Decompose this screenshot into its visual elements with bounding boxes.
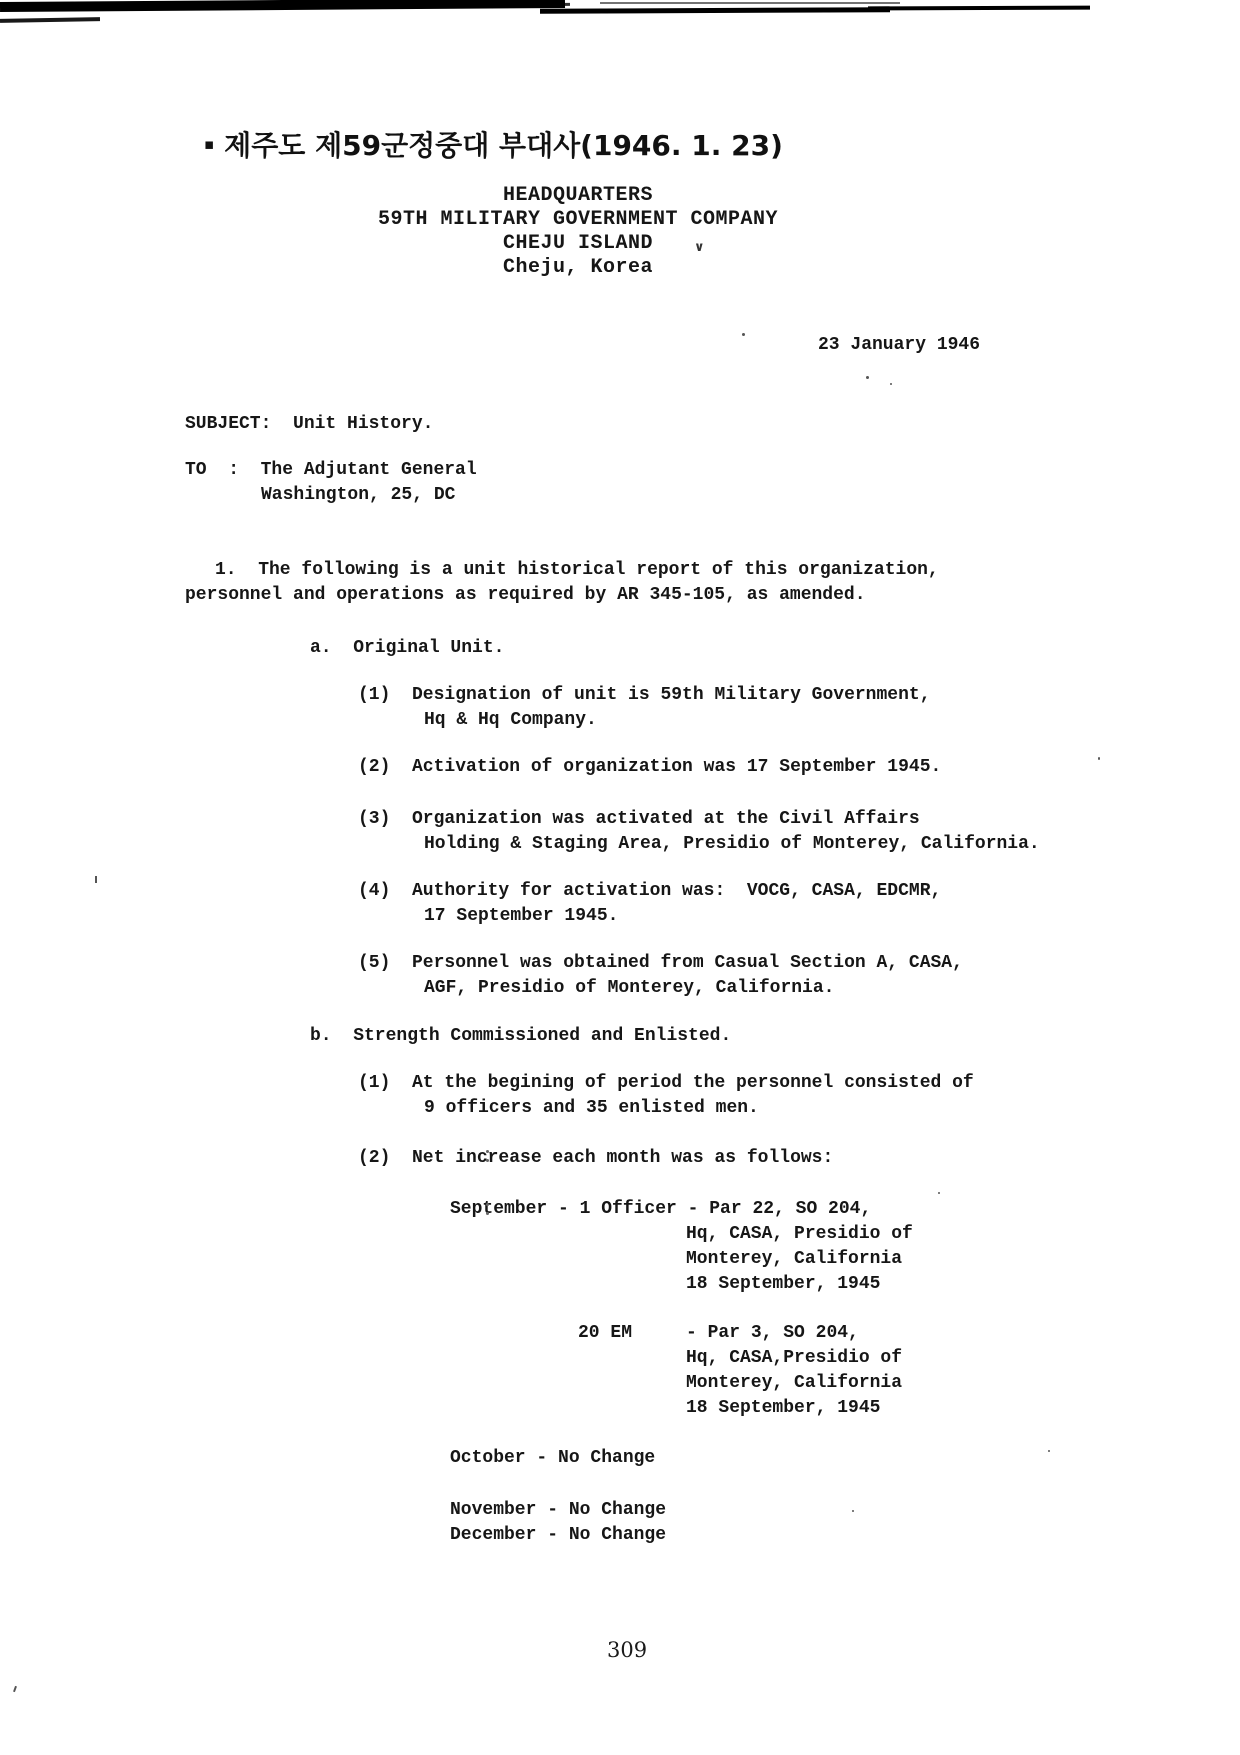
letterhead-island: CHEJU ISLAND [503,231,653,256]
scan-artifact-check-mark: ∨ [694,240,705,255]
scan-speck [938,1192,940,1194]
paragraph-1-line: personnel and operations as required by … [185,583,866,608]
scan-speck [852,1510,854,1512]
section-b-heading: b. Strength Commissioned and Enlisted. [310,1024,731,1049]
september-reference-line: 18 September, 1945 [686,1272,880,1297]
scan-speck [1098,757,1100,760]
scan-artifact-top-bar [600,2,900,4]
enlisted-men-reference-line: Monterey, California [686,1371,902,1396]
scan-speck [890,383,892,385]
scan-speck [95,876,97,883]
scan-artifact-top-bar [0,17,100,23]
november-entry-line: November - No Change [450,1498,666,1523]
subject-line: SUBJECT: Unit History. [185,412,433,437]
letterhead-city: Cheju, Korea [503,255,653,280]
scan-artifact-top-bar [868,6,1090,11]
scan-speck [742,333,745,336]
to-line: TO : The Adjutant General [185,458,477,483]
date-line: 23 January 1946 [818,333,980,358]
korean-title: 제주도 제59군정중대 부대사(1946. 1. 23) [224,129,783,162]
item-a5-line: AGF, Presidio of Monterey, California. [424,976,834,1001]
item-a4-line: (4) Authority for activation was: VOCG, … [358,879,941,904]
letterhead-unit-name: 59TH MILITARY GOVERNMENT COMPANY [378,207,778,232]
october-entry-line: October - No Change [450,1446,655,1471]
section-a-heading: a. Original Unit. [310,636,504,661]
letterhead-headquarters: HEADQUARTERS [503,183,653,208]
september-entry-line: September - 1 Officer - Par 22, SO 204, [450,1197,871,1222]
korean-title-line: ▪제주도 제59군정중대 부대사(1946. 1. 23) [204,124,783,164]
enlisted-men-entry-line: 20 EM - Par 3, SO 204, [578,1321,859,1346]
enlisted-men-reference-line: Hq, CASA,Presidio of [686,1346,902,1371]
scan-speck [1048,1450,1050,1452]
scanned-document-page: ▪제주도 제59군정중대 부대사(1946. 1. 23) HEADQUARTE… [0,0,1240,1755]
item-b1-line: (1) At the begining of period the person… [358,1071,974,1096]
page-number: 309 [607,1638,647,1662]
paragraph-1-line: 1. The following is a unit historical re… [215,558,939,583]
item-a5-line: (5) Personnel was obtained from Casual S… [358,951,963,976]
scan-speck [866,376,869,379]
scan-artifact-colon [486,1203,489,1206]
item-b1-line: 9 officers and 35 enlisted men. [424,1096,759,1121]
item-a1-line: (1) Designation of unit is 59th Military… [358,683,931,708]
scan-artifact-colon [486,1150,489,1153]
scan-speck [13,1686,17,1692]
item-a4-line: 17 September 1945. [424,904,618,929]
bullet-icon: ▪ [204,135,214,153]
item-a1-line: Hq & Hq Company. [424,708,597,733]
item-a3-line: Holding & Staging Area, Presidio of Mont… [424,832,1040,857]
item-a3-line: (3) Organization was activated at the Ci… [358,807,920,832]
item-b2-line: (2) Net increase each month was as follo… [358,1146,833,1171]
september-reference-line: Monterey, California [686,1247,902,1272]
scan-artifact-top-bar [540,7,890,14]
enlisted-men-reference-line: 18 September, 1945 [686,1396,880,1421]
september-reference-line: Hq, CASA, Presidio of [686,1222,913,1247]
december-entry-line: December - No Change [450,1523,666,1548]
item-a2-line: (2) Activation of organization was 17 Se… [358,755,941,780]
to-address-line: Washington, 25, DC [261,483,455,508]
